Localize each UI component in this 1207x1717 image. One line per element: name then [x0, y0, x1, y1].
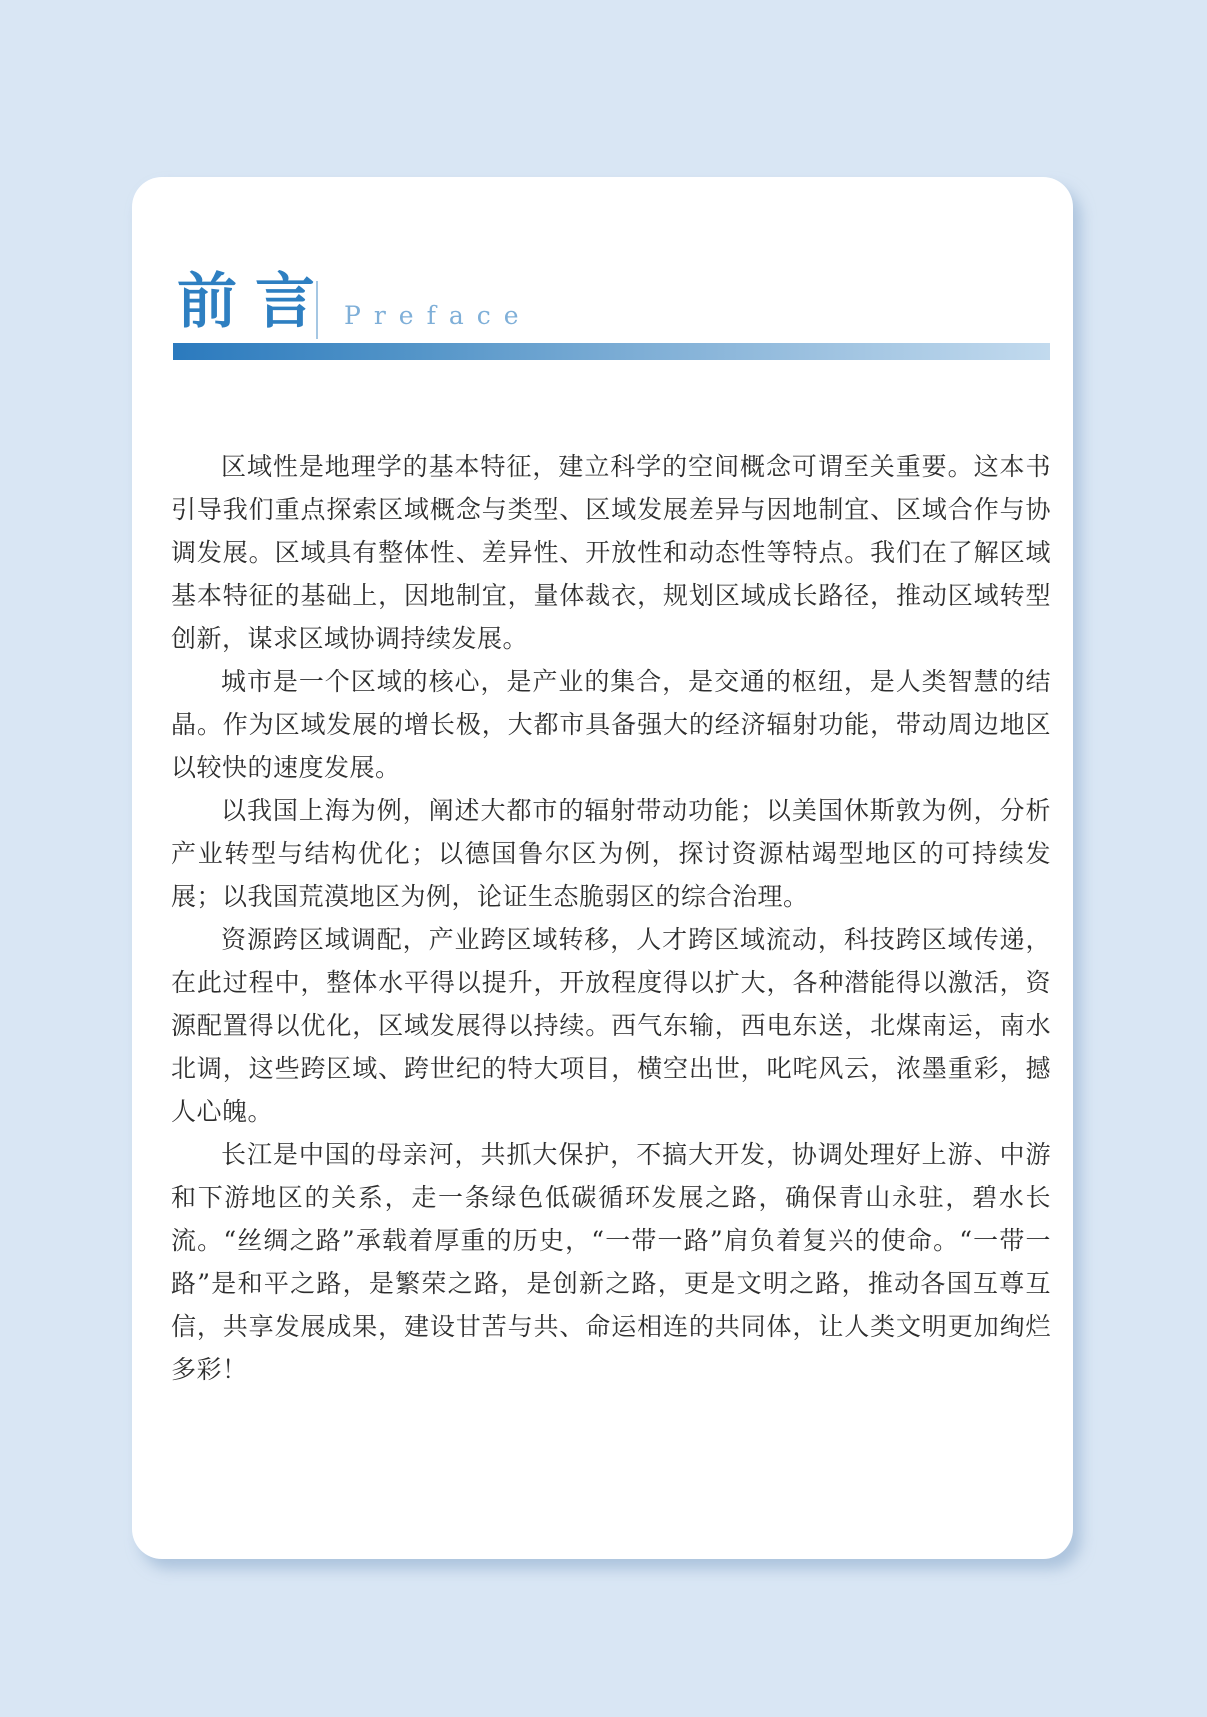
page-title-english: Preface — [344, 299, 532, 333]
preface-paragraph-4: 资源跨区域调配，产业跨区域转移，人才跨区域流动，科技跨区域传递，在此过程中，整体… — [171, 918, 1051, 1133]
preface-paragraph-2: 城市是一个区域的核心，是产业的集合，是交通的枢纽，是人类智慧的结晶。作为区域发展… — [171, 660, 1051, 789]
preface-card: 前言 Preface 区域性是地理学的基本特征，建立科学的空间概念可谓至关重要。… — [132, 177, 1073, 1559]
page-title: 前言 — [177, 271, 333, 333]
preface-paragraph-3: 以我国上海为例，阐述大都市的辐射带动功能；以美国休斯敦为例，分析产业转型与结构优… — [171, 789, 1051, 918]
preface-paragraph-5: 长江是中国的母亲河，共抓大保护，不搞大开发，协调处理好上游、中游和下游地区的关系… — [171, 1133, 1051, 1391]
preface-body: 区域性是地理学的基本特征，建立科学的空间概念可谓至关重要。这本书引导我们重点探索… — [171, 445, 1051, 1391]
page-background: { "header": { "title_zh": "前言", "title_e… — [0, 0, 1207, 1717]
header-divider — [316, 281, 318, 339]
preface-paragraph-1: 区域性是地理学的基本特征，建立科学的空间概念可谓至关重要。这本书引导我们重点探索… — [171, 445, 1051, 660]
header-gradient-bar — [173, 343, 1050, 360]
